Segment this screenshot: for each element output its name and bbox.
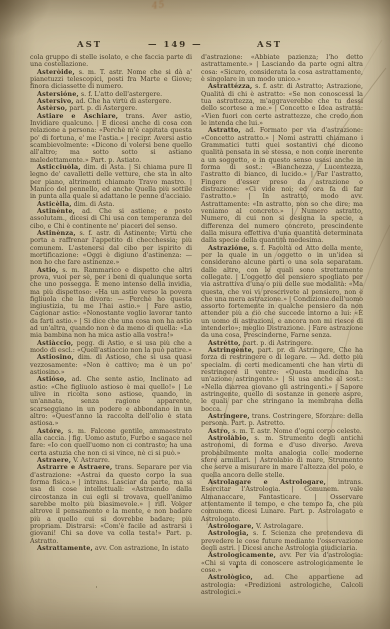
dictionary-entry: Astinènte, ad. Che si astiene; e posto a… [30, 208, 192, 230]
dictionary-entry: Astrologicamente, avv. Per via d'astrolo… [201, 552, 363, 574]
ink-speck [330, 300, 331, 301]
entry-headword: Astratto, [208, 126, 241, 134]
text-columns: cola gruppo di stelle isolato, e che fac… [30, 54, 363, 596]
dictionary-entry: Asteròide, s. m. T. astr. Nome che si dà… [30, 69, 192, 91]
dictionary-entry: d'astrazione: «Abbiate pazienza; l'ho de… [201, 54, 363, 83]
dictionary-entry: Astiàccio, pegg. di Astio, e si usa più … [30, 340, 192, 355]
dictionary-entry: Astiare e Aschiare, trans. Aver astio, I… [30, 113, 192, 164]
dictionary-entry: Astrarre e Astraere, trans. Separare per… [30, 464, 192, 545]
entry-headword: Astrolàbio, [208, 434, 249, 442]
ink-speck [236, 565, 238, 568]
dictionary-entry: Astrològico, ad. Che appartiene ad astro… [201, 574, 363, 596]
dictionary-entry: Astiosino, dim. di Astioso, che si usa q… [30, 354, 192, 376]
dictionary-entry: Astrolàbio, s. m. Strumento degli antich… [201, 435, 363, 479]
entry-headword: Astrattamente, [37, 544, 93, 552]
dictionary-entry: Astio, s. m. Rammarico e dispetto che al… [30, 267, 192, 340]
handwritten-mark: 45 [151, 0, 166, 12]
page-number: — 149 — [148, 40, 203, 50]
ink-speck [96, 586, 97, 588]
entry-headword: Astrazióne, [208, 244, 250, 252]
dictionary-entry: Asticciuòla, dim. di Asta. | Si chiama p… [30, 164, 192, 201]
entry-headword: Astrologicamente, [208, 551, 276, 559]
dictionary-entry: Astrazióne, s. f. Facoltà od Atto della … [201, 245, 363, 340]
dictionary-entry: Astrolagare e Astrologare, intrans. Eser… [201, 479, 363, 523]
scanned-dictionary-page: 45 AST — 149 — AST cola gruppo di stelle… [0, 0, 390, 629]
entry-headword: Astiàccio, [37, 339, 73, 347]
entry-headword: Asteròide, [37, 68, 75, 76]
dictionary-entry: Astóre, s. m. Falcone gentile, ammaestra… [30, 428, 192, 457]
entry-headword: Astinènte, [37, 207, 75, 215]
entry-headword: Astrarre e Astraere, [37, 463, 112, 471]
dictionary-entry: cola gruppo di stelle isolato, e che fac… [30, 54, 192, 69]
dictionary-entry: Astinènza, s. f. astr. di Astinente; Vir… [30, 230, 192, 267]
entry-headword: Astringere, [208, 412, 250, 420]
entry-headword: Astrattézza, [208, 82, 252, 90]
entry-headword: Astringènte, [208, 346, 254, 354]
entry-headword: Astrolagare e Astrologare, [208, 478, 326, 486]
running-header: AST — 149 — AST [0, 40, 390, 52]
entry-headword: Astóre, [37, 427, 63, 435]
header-keyword-left: AST [77, 40, 102, 50]
dictionary-entry: Astrattamente, avv. Con astrazione, In i… [30, 545, 192, 552]
dictionary-entry: Astringere, trans. Costringere, Sforzare… [201, 413, 363, 428]
column-right: d'astrazione: «Abbiate pazienza; l'ho de… [201, 54, 363, 596]
entry-headword: Astiosino, [37, 353, 74, 361]
column-left: cola gruppo di stelle isolato, e che fac… [30, 54, 192, 596]
dictionary-entry: Astrologia, s. f. Scienza che pretendeva… [201, 530, 363, 552]
entry-headword: Astrològico, [208, 573, 253, 581]
entry-headword: Astióso, [37, 375, 66, 383]
dictionary-entry: Astratto, ad. Formato per via d'astrazio… [201, 127, 363, 244]
dictionary-entry: Astringènte, part. pr. di Astringere, Ch… [201, 347, 363, 413]
entry-headword: Astinènza, [37, 229, 76, 237]
entry-headword: Astio, [37, 266, 58, 274]
header-keyword-right: AST [257, 40, 282, 50]
entry-headword: Astiare e Aschiare, [37, 112, 118, 120]
dictionary-entry: Astrattézza, s. f. astr. di Astratto; As… [201, 83, 363, 127]
entry-headword: Asticciuòla, [37, 163, 81, 171]
dictionary-entry: Astióso, ad. Che sente astio, Inclinato … [30, 376, 192, 427]
entry-headword: Astrologia, [208, 529, 249, 537]
